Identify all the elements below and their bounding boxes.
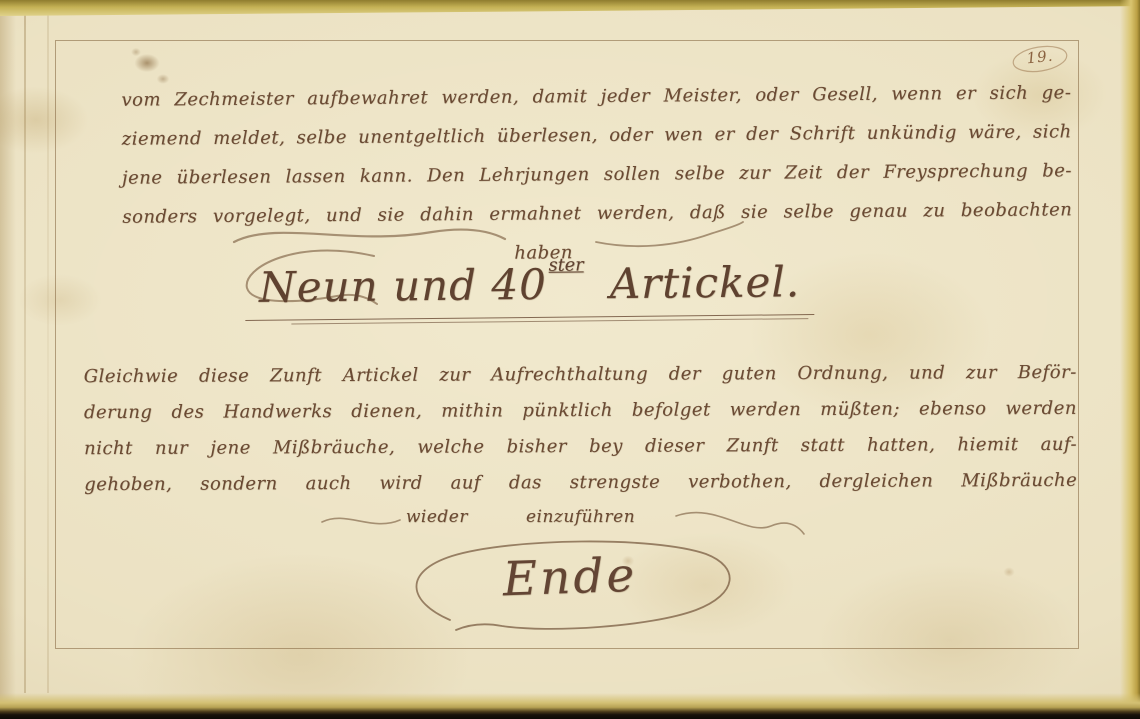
ende-group: Ende: [398, 536, 742, 632]
manuscript-scan: 19. vom Zechmeister aufbewahret werden, …: [0, 0, 1140, 719]
closing-flourish-left: [320, 508, 402, 536]
article-heading: Neun und 40sterArtickel.: [245, 253, 815, 321]
paragraph-2: Gleichwie diese Zunft Artickel zur Aufre…: [84, 355, 1078, 503]
closing-word-2: einzuführen: [526, 507, 635, 527]
article-heading-block: Neun und 40sterArtickel.: [90, 256, 970, 318]
book-edge-bottom: [0, 693, 1140, 719]
closing-line: wiedereinzuführen: [84, 507, 1077, 527]
heading-prefix: Neun und 40: [259, 260, 547, 312]
page-edge-left: [0, 0, 16, 719]
closing-word-1: wieder: [406, 507, 468, 527]
swash-flourish-left: [232, 216, 507, 250]
text-line: nicht nur jene Mißbräuche, welche bisher…: [84, 427, 1077, 467]
text-line: gehoben, sondern auch wird auf das stren…: [84, 463, 1077, 503]
text-line: derung des Handwerks dienen, mithin pünk…: [84, 391, 1077, 431]
page-edge-right: [1120, 0, 1140, 719]
fold-crease: [24, 10, 26, 693]
heading-superscript: ster: [549, 255, 584, 275]
text-line: Gleichwie diese Zunft Artickel zur Aufre…: [84, 355, 1077, 395]
swash-flourish-right: [594, 220, 746, 254]
heading-suffix: Artickel.: [610, 257, 801, 308]
fold-crease: [47, 10, 49, 693]
